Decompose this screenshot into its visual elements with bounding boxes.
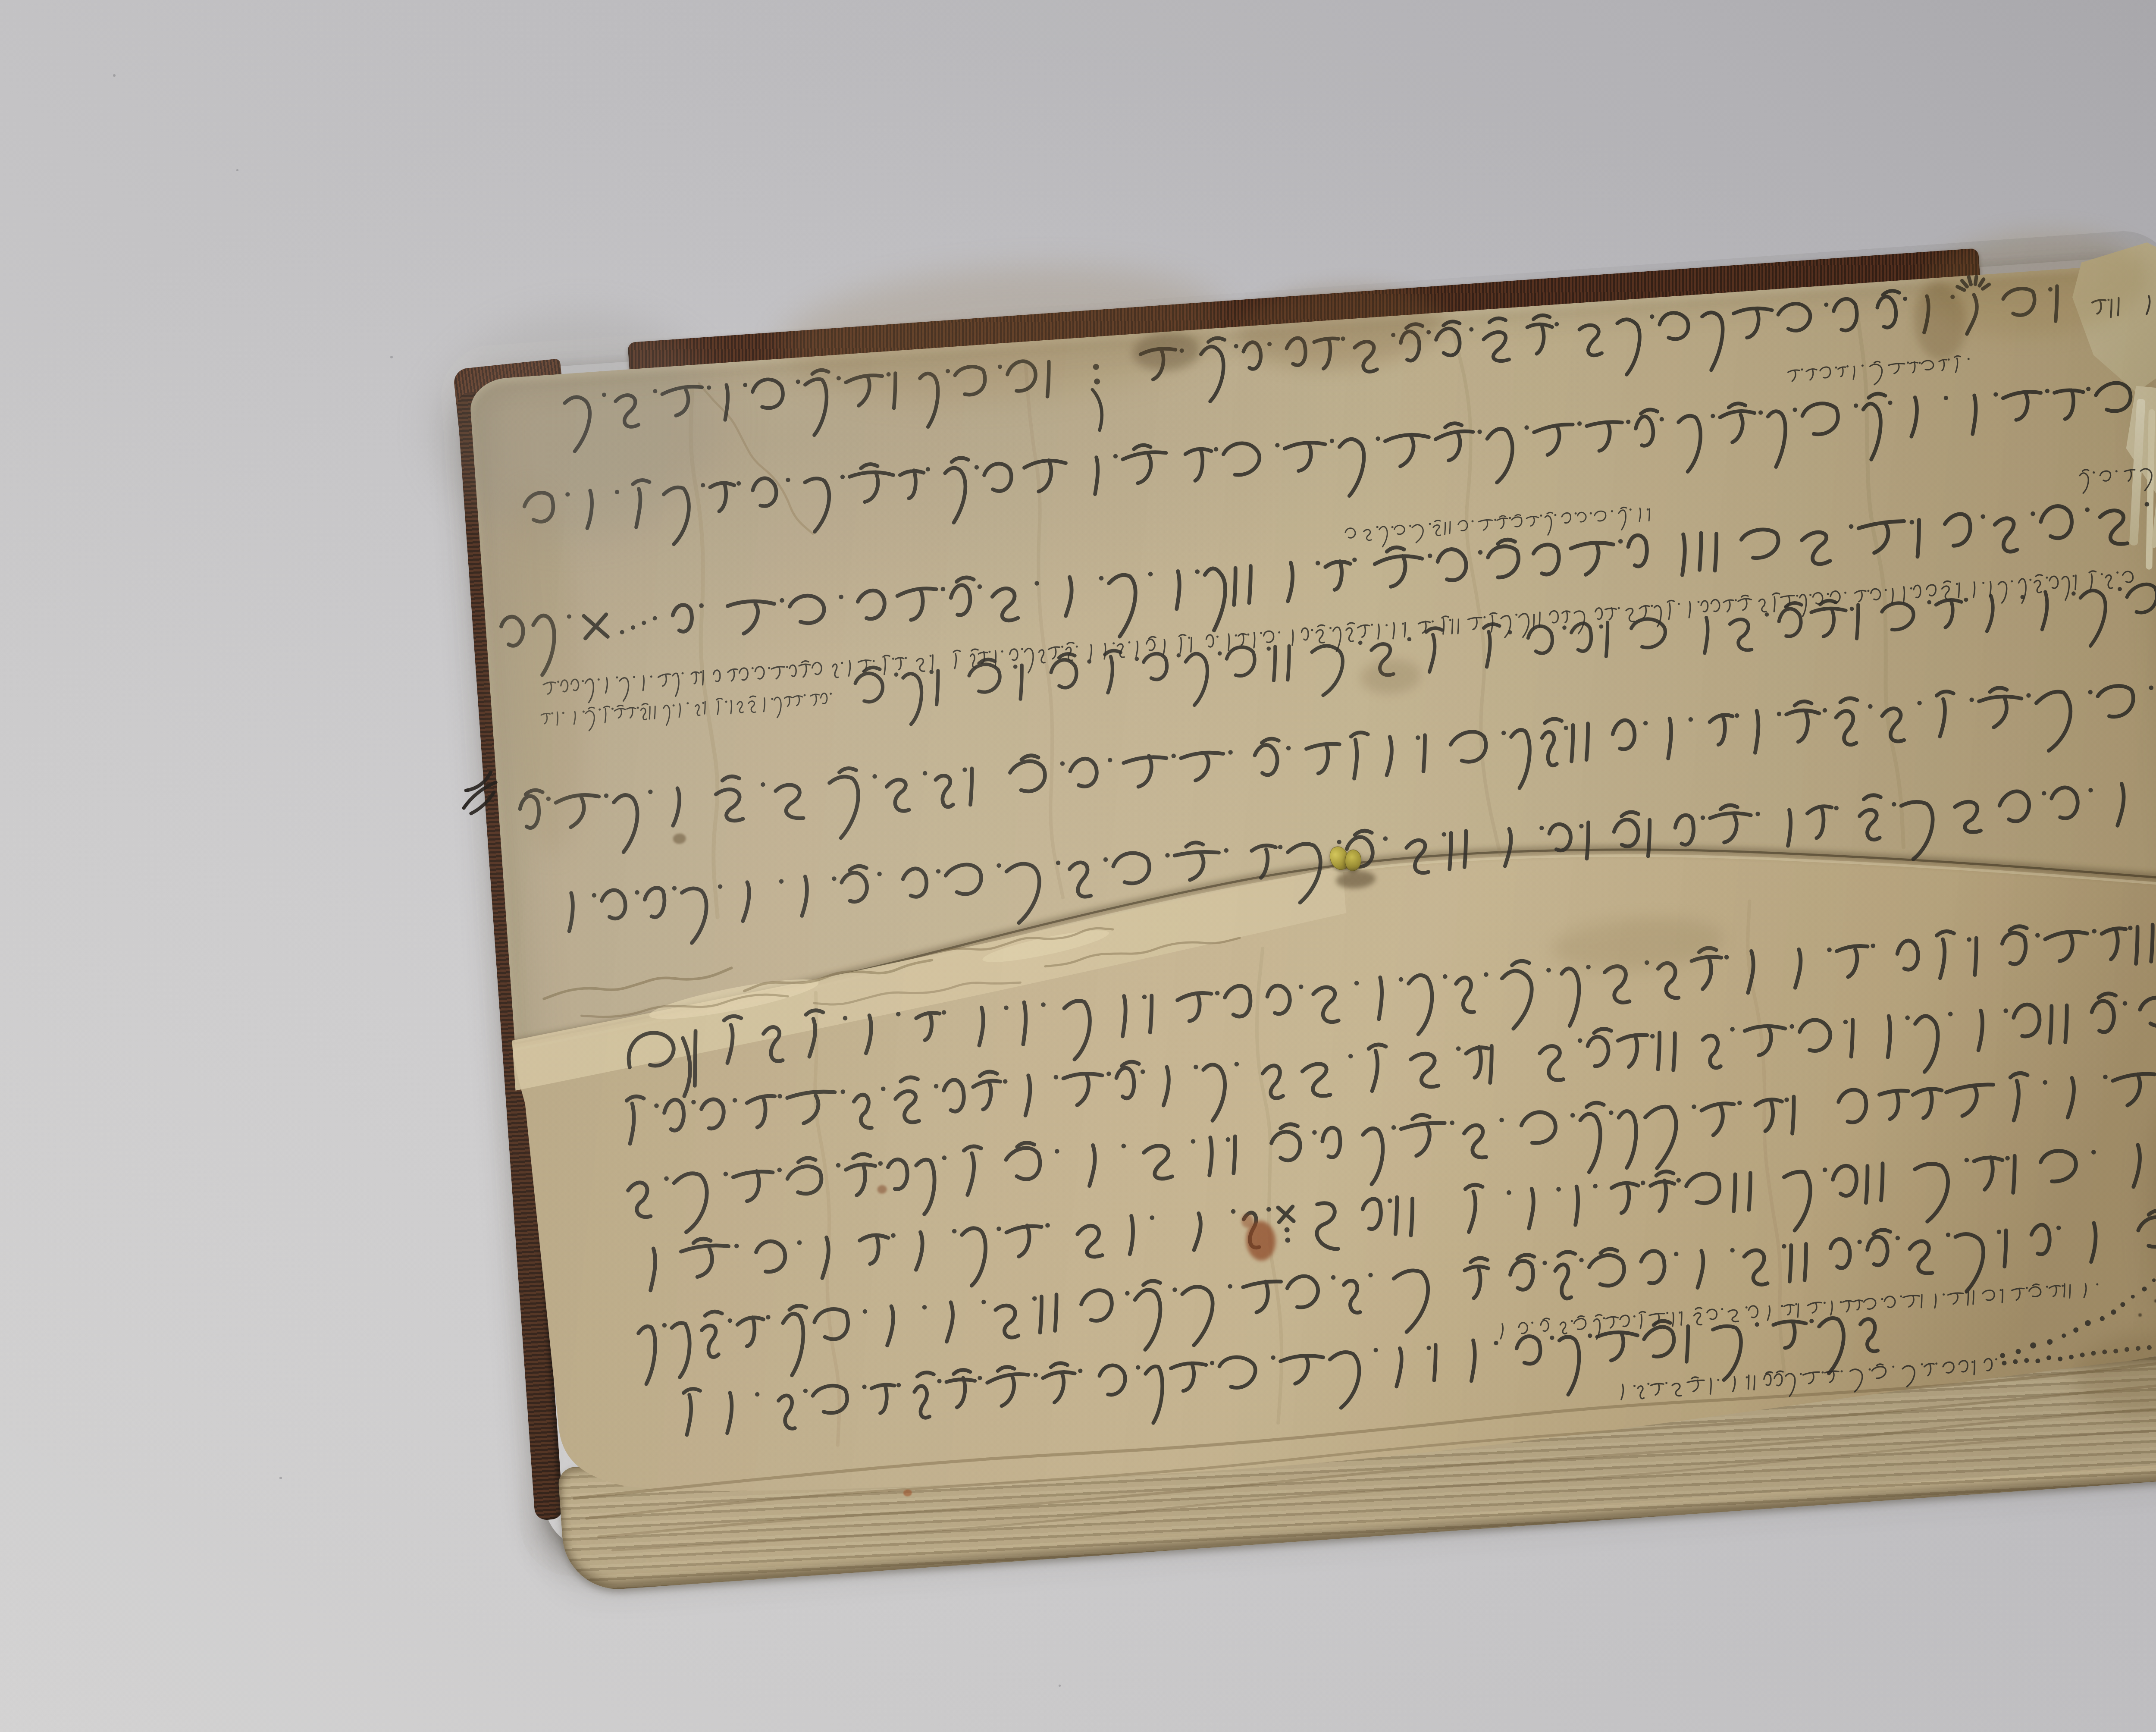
stain xyxy=(1335,869,1376,889)
stain xyxy=(2138,1313,2142,1317)
photo-background xyxy=(0,0,2156,1732)
stain xyxy=(488,482,595,858)
stain xyxy=(2139,1083,2156,1374)
stain xyxy=(2072,1325,2156,1423)
stain-layer xyxy=(465,255,2156,1552)
stain xyxy=(1550,912,1725,976)
dust-speck xyxy=(279,1477,282,1479)
stain xyxy=(877,1185,887,1194)
dust-speck xyxy=(236,169,238,171)
stain xyxy=(1241,1214,1254,1228)
stain xyxy=(1131,330,1201,373)
stain xyxy=(1360,657,1422,696)
stain xyxy=(673,833,686,844)
stain xyxy=(903,1489,912,1497)
dust-speck xyxy=(1059,1685,1061,1687)
dust-speck xyxy=(113,74,116,77)
stain xyxy=(1921,223,2152,342)
manuscript-book xyxy=(465,255,2156,1552)
stain xyxy=(1912,281,1968,362)
dust-speck xyxy=(390,356,393,358)
stain xyxy=(2154,1299,2156,1303)
stain xyxy=(1245,1220,1277,1262)
